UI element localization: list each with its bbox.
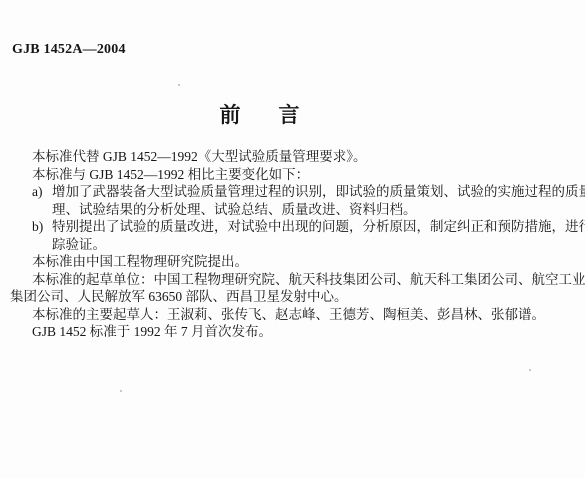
paragraph-first-publication: GJB 1452 标准于 1992 年 7 月首次发布。 bbox=[10, 323, 563, 341]
list-item-a-label: a) bbox=[32, 183, 52, 201]
foreword-body: 本标准代替 GJB 1452—1992《大型试验质量管理要求》。 本标准与 GJ… bbox=[10, 148, 563, 341]
list-item-a: a)增加了武器装备大型试验质量管理过程的识别，即试验的质量策划、试验的实施过程的… bbox=[10, 183, 563, 201]
scan-speck bbox=[178, 84, 180, 86]
list-item-a-continuation: 理、试验结果的分析处理、试验总结、质量改进、资料归档。 bbox=[10, 201, 563, 219]
list-item-b-continuation: 踪验证。 bbox=[10, 236, 563, 254]
paragraph-changes-intro: 本标准与 GJB 1452—1992 相比主要变化如下： bbox=[10, 166, 563, 184]
paragraph-drafting-organizations: 本标准的起草单位：中国工程物理研究院、航天科技集团公司、航天科工集团公司、航空工… bbox=[10, 271, 563, 289]
standard-number: GJB 1452A—2004 bbox=[12, 42, 126, 58]
paragraph-main-drafters: 本标准的主要起草人：王淑莉、张传飞、赵志峰、王德芳、陶桓美、彭昌林、张郁谱。 bbox=[10, 306, 563, 324]
paragraph-drafting-organizations-continuation: 集团公司、人民解放军 63650 部队、西昌卫星发射中心。 bbox=[10, 288, 563, 306]
page-title-char-2: 言 bbox=[279, 104, 301, 127]
paragraph-replaces-standard: 本标准代替 GJB 1452—1992《大型试验质量管理要求》。 bbox=[10, 148, 563, 166]
document-page: GJB 1452A—2004 前言 本标准代替 GJB 1452—1992《大型… bbox=[0, 0, 585, 478]
list-item-b-label: b) bbox=[32, 218, 52, 236]
list-item-b: b)特别提出了试验的质量改进，对试验中出现的问题，分析原因，制定纠正和预防措施，… bbox=[10, 218, 563, 236]
list-item-b-text: 特别提出了试验的质量改进，对试验中出现的问题，分析原因，制定纠正和预防措施，进行… bbox=[52, 219, 585, 234]
page-title: 前言 bbox=[0, 99, 520, 129]
scan-speck bbox=[529, 369, 531, 371]
page-title-char-1: 前 bbox=[220, 104, 242, 127]
list-item-a-text: 增加了武器装备大型试验质量管理过程的识别，即试验的质量策划、试验的实施过程的质量… bbox=[52, 184, 585, 199]
paragraph-proposed-by: 本标准由中国工程物理研究院提出。 bbox=[10, 253, 563, 271]
scan-speck bbox=[120, 390, 122, 392]
